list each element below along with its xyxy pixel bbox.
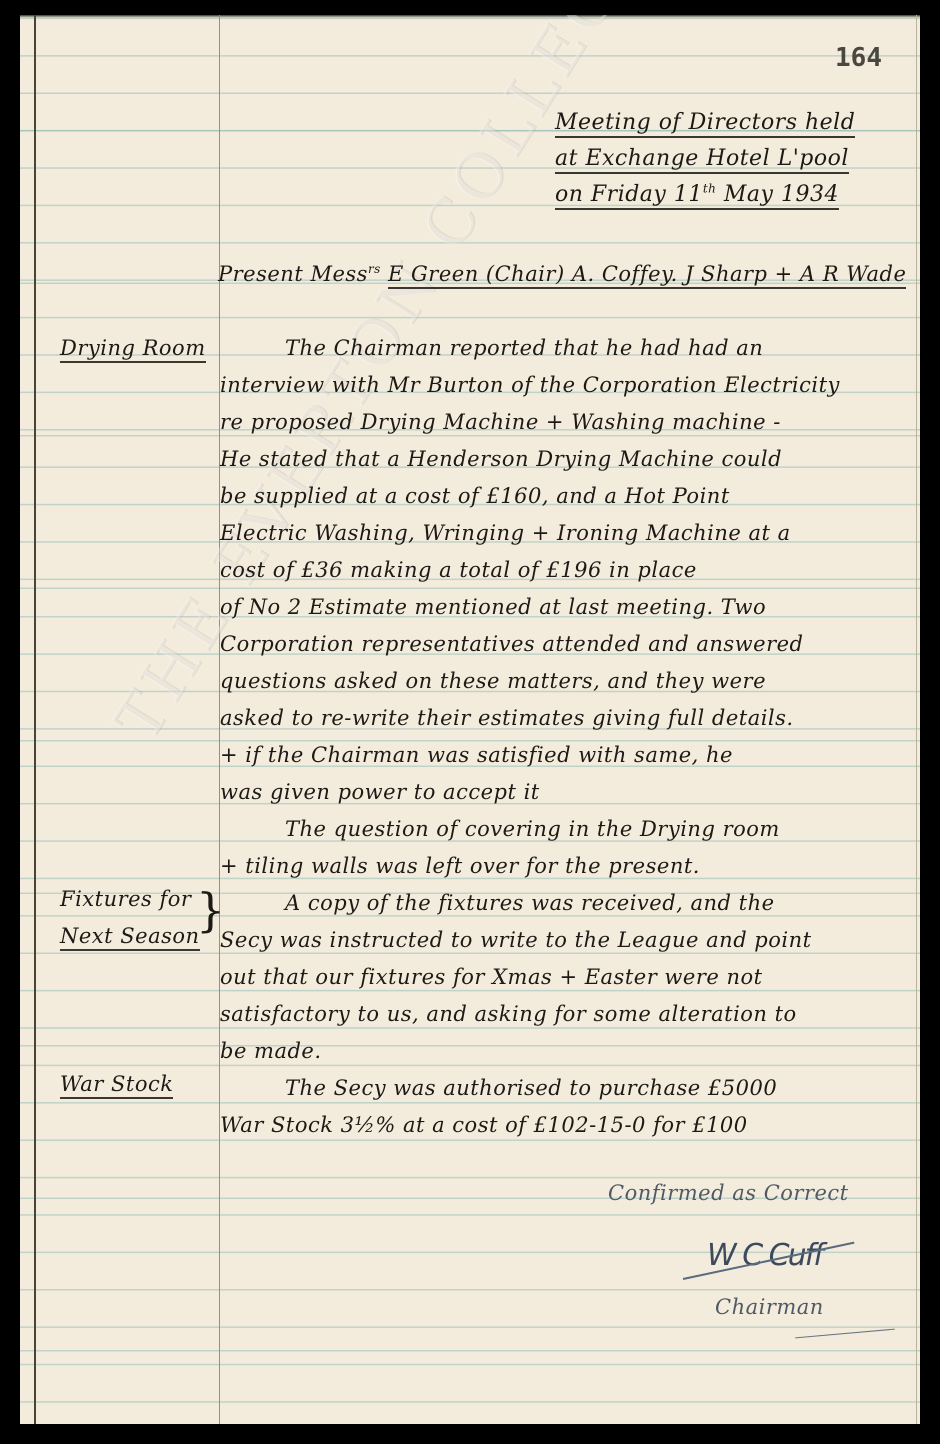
heading-line-1: Meeting of Directors held bbox=[555, 110, 920, 135]
ledger-page: THE EVERTON COLLECTION CHARITABLE TRUST … bbox=[20, 15, 920, 1424]
minute-line: He stated that a Henderson Drying Machin… bbox=[220, 447, 782, 471]
minute-line: cost of £36 making a total of £196 in pl… bbox=[220, 558, 697, 582]
minute-line: questions asked on these matters, and th… bbox=[220, 669, 766, 693]
binding-line bbox=[34, 15, 36, 1424]
minute-line: + if the Chairman was satisfied with sam… bbox=[220, 743, 733, 767]
present-label: Present Mess bbox=[218, 262, 368, 286]
heading-line-2-text: at Exchange Hotel L'pool bbox=[555, 146, 849, 174]
heading-date-prefix: on Friday 11 bbox=[555, 182, 703, 207]
minute-line: The question of covering in the Drying r… bbox=[285, 817, 780, 841]
minute-line: of No 2 Estimate mentioned at last meeti… bbox=[220, 595, 766, 619]
minute-line: be supplied at a cost of £160, and a Hot… bbox=[220, 484, 730, 508]
minute-line: Corporation representatives attended and… bbox=[220, 632, 804, 656]
heading-date-sup: th bbox=[703, 182, 717, 196]
present-names: E Green (Chair) A. Coffey. J Sharp + A R… bbox=[388, 262, 906, 289]
margin-note-fixtures-line2-text: Next Season bbox=[60, 924, 200, 951]
heading-line-3: on Friday 11th May 1934 bbox=[555, 182, 920, 207]
minute-line: Secy was instructed to write to the Leag… bbox=[220, 928, 812, 952]
minute-line: re proposed Drying Machine + Washing mac… bbox=[220, 410, 781, 434]
minute-line: out that our fixtures for Xmas + Easter … bbox=[220, 965, 763, 989]
heading-line-2: at Exchange Hotel L'pool bbox=[555, 146, 920, 171]
minute-line: Electric Washing, Wringing + Ironing Mac… bbox=[220, 521, 791, 545]
minute-line: The Chairman reported that he had had an bbox=[285, 336, 763, 360]
margin-note-drying-room: Drying Room bbox=[60, 336, 206, 360]
minute-line: be made. bbox=[220, 1039, 322, 1063]
minute-text: The Chairman reported that he had had an bbox=[285, 336, 763, 360]
right-page-edge bbox=[916, 15, 917, 1424]
minute-line: War Stock 3½% at a cost of £102-15-0 for… bbox=[220, 1113, 748, 1137]
heading-line-1-text: Meeting of Directors held bbox=[555, 110, 855, 138]
confirmed-text: Confirmed as Correct bbox=[608, 1181, 849, 1205]
heading-date: on Friday 11th May 1934 bbox=[555, 182, 839, 210]
minute-line: asked to re-write their estimates giving… bbox=[220, 706, 794, 730]
minute-line: The Secy was authorised to purchase £500… bbox=[285, 1076, 777, 1100]
minute-line: A copy of the fixtures was received, and… bbox=[285, 891, 775, 915]
margin-note-drying-room-text: Drying Room bbox=[60, 336, 206, 363]
minute-line: + tiling walls was left over for the pre… bbox=[220, 854, 700, 878]
margin-note-fixtures-line2: Next Season bbox=[60, 924, 200, 948]
minute-line: was given power to accept it bbox=[220, 780, 540, 804]
minute-line: interview with Mr Burton of the Corporat… bbox=[220, 373, 840, 397]
margin-note-war-stock: War Stock bbox=[60, 1072, 173, 1096]
present-line: Present Messrs E Green (Chair) A. Coffey… bbox=[218, 262, 906, 286]
margin-note-war-stock-text: War Stock bbox=[60, 1072, 173, 1099]
chairman-title: Chairman bbox=[715, 1295, 824, 1319]
margin-note-fixtures-line1: Fixtures for bbox=[60, 887, 191, 911]
present-label-sup: rs bbox=[368, 262, 381, 276]
page-number: 164 bbox=[835, 43, 882, 73]
heading-date-suffix: May 1934 bbox=[724, 182, 839, 207]
chairman-signature: W C Cuff bbox=[707, 1238, 822, 1273]
page-top-edge bbox=[20, 15, 920, 18]
minute-line: satisfactory to us, and asking for some … bbox=[220, 1002, 797, 1026]
